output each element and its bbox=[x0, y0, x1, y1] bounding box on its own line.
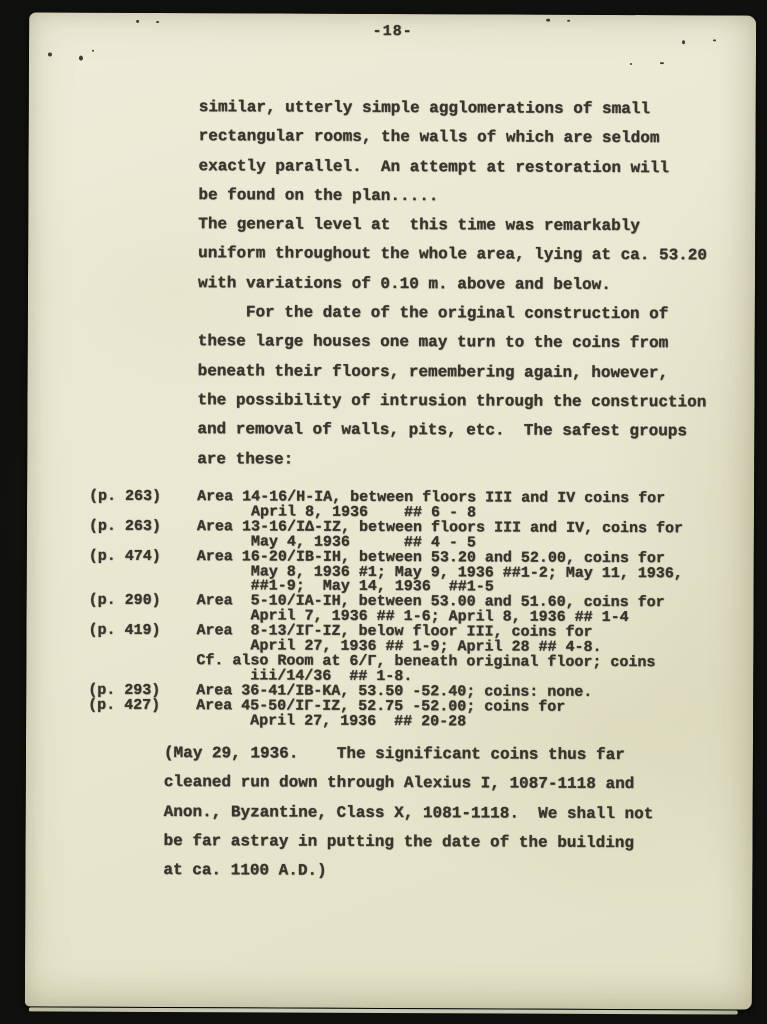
ink-speck bbox=[546, 19, 550, 22]
ink-speck bbox=[92, 50, 94, 52]
body-line: rectangular rooms, the walls of which ar… bbox=[199, 122, 708, 154]
body-line: are these: bbox=[197, 445, 706, 477]
ink-speck bbox=[79, 56, 83, 61]
body-line: similar, utterly simple agglomerations o… bbox=[199, 93, 708, 125]
closing-paragraph: (May 29, 1936. The significant coins thu… bbox=[163, 739, 653, 888]
closing-line: at ca. 1100 A.D.) bbox=[163, 856, 653, 887]
ink-speck bbox=[682, 40, 685, 44]
ink-speck bbox=[630, 63, 632, 65]
body-line: and removal of walls, pits, etc. The saf… bbox=[197, 415, 706, 447]
ink-speck bbox=[48, 53, 52, 57]
body-line: these large houses one may turn to the c… bbox=[198, 328, 707, 360]
ink-speck bbox=[156, 21, 159, 23]
ink-speck bbox=[713, 39, 716, 41]
body-line: exactly parallel. An attempt at restorat… bbox=[198, 152, 707, 184]
body-line: The general level at this time was remar… bbox=[198, 210, 707, 242]
body-line: with variations of 0.10 m. above and bel… bbox=[198, 269, 707, 301]
closing-line: Anon., Byzantine, Class X, 1081-1118. We… bbox=[164, 798, 654, 829]
body-paragraphs: similar, utterly simple agglomerations o… bbox=[197, 93, 708, 476]
ink-speck bbox=[567, 20, 570, 22]
ink-speck bbox=[136, 20, 139, 23]
coin-list-line: April 27, 1936 ## 20-28 bbox=[88, 713, 682, 730]
closing-line: (May 29, 1936. The significant coins thu… bbox=[164, 739, 654, 770]
closing-line: cleaned run down through Alexius I, 1087… bbox=[164, 768, 654, 799]
body-line: the possibility of intrusion through the… bbox=[197, 386, 706, 418]
closing-line: be far astray in putting the date of the… bbox=[163, 827, 653, 858]
ink-speck bbox=[660, 62, 664, 64]
coin-reference-list: (p. 263) Area 14-16/H-IA, between floors… bbox=[88, 490, 683, 731]
body-line: For the date of the original constructio… bbox=[198, 298, 707, 330]
document-page: -18- similar, utterly simple agglomerati… bbox=[25, 12, 756, 1009]
body-line: beneath their floors, remembering again,… bbox=[198, 357, 707, 389]
body-line: uniform throughout the whole area, lying… bbox=[198, 240, 707, 272]
page-number: -18- bbox=[29, 20, 756, 43]
scan-background: -18- similar, utterly simple agglomerati… bbox=[0, 0, 767, 1024]
body-line: be found on the plan..... bbox=[198, 181, 707, 213]
